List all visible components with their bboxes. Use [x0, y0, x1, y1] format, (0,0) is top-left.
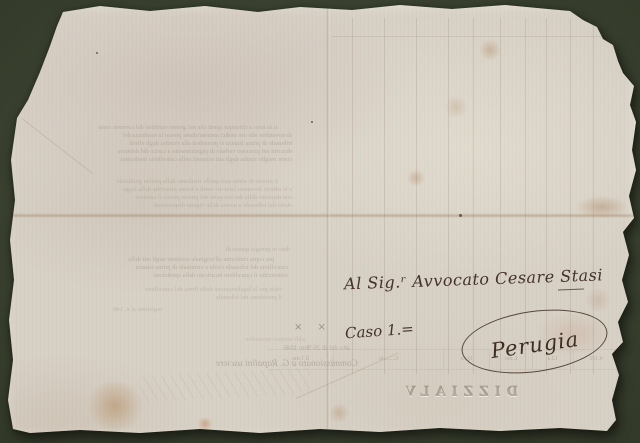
- showthrough-text-line: per copia conforme all'originale esisten…: [36, 256, 288, 264]
- showthrough-text-line: di novembre alle ore undici antimeridian…: [34, 132, 292, 140]
- showthrough-paragraph: il prezzo di stima sarà quello risultant…: [34, 178, 292, 210]
- showthrough-paragraph: addì ventisei novembre: [126, 336, 306, 344]
- pencil-x-marks: × ×: [294, 322, 332, 333]
- showthrough-text-line: come meglio risulta dagli atti esistenti…: [34, 156, 292, 164]
- showthrough-text-line: descritti nel processo verbale di pignor…: [34, 148, 292, 156]
- photo-stage: si fa noto a chiunque spetti che nel gio…: [0, 0, 640, 443]
- handwriting-flourish: [558, 289, 584, 291]
- showthrough-handwriting-strokes: [139, 368, 310, 403]
- showthrough-text-line: dato in perugia questo dì: [110, 246, 290, 254]
- stain: [584, 288, 612, 312]
- showthrough-paragraph: dato in perugia questo dì: [110, 246, 290, 254]
- showthrough-paragraph: si fa noto a chiunque spetti che nel gio…: [34, 124, 292, 164]
- showthrough-text-line: registrato al n. 148: [52, 306, 162, 314]
- showthrough-text-line: con deposito della decima parte del prez…: [34, 194, 292, 202]
- ink-speck: [311, 121, 313, 123]
- paper-shadow: si fa noto a chiunque spetti che nel gio…: [0, 0, 640, 443]
- showthrough-row-line: [332, 36, 620, 37]
- document-paper: si fa noto a chiunque spetti che nel gio…: [0, 0, 640, 443]
- showthrough-text-line: il presidente del tribunale: [42, 294, 282, 302]
- handwritten-city: Perugia: [489, 326, 580, 362]
- paper-texture: [0, 0, 640, 443]
- stain: [196, 418, 214, 430]
- showthrough-text-line: si fa noto a chiunque spetti che nel gio…: [34, 124, 292, 132]
- showthrough-text-line: tribunale di prima istanza si procederà …: [34, 140, 292, 148]
- showthrough-column-line: [448, 18, 449, 374]
- showthrough-column-line: [416, 18, 417, 374]
- showthrough-paragraph: visto per la legalizzazione della firma …: [42, 286, 282, 302]
- showthrough-column-line: [352, 18, 353, 374]
- showthrough-paragraph: per copia conforme all'originale esisten…: [36, 256, 288, 280]
- embossed-mirrored-text: DIZZIALV: [378, 385, 518, 400]
- showthrough-table-cell: Il 1.mo: [268, 350, 334, 369]
- showthrough-paragraph: registrato al n. 148: [52, 306, 162, 314]
- showthrough-text-line: visto per la legalizzazione della firma …: [42, 286, 282, 294]
- horizontal-fold-crease: [8, 213, 634, 218]
- showthrough-text-line: eletto dal tribunale a norma delle vigen…: [34, 202, 292, 210]
- stain: [328, 404, 350, 422]
- ink-speck: [459, 214, 462, 217]
- showthrough-text-line: sottoscritto il cancelliere incaricato d…: [36, 272, 288, 280]
- showthrough-text-line: addì ventisei novembre: [126, 336, 306, 344]
- showthrough-text-line: e le offerte dovranno farsi nei modi e f…: [34, 186, 292, 194]
- vertical-fold-crease: [326, 6, 330, 436]
- ink-speck: [96, 52, 98, 54]
- handwritten-note: Caso 1.=: [344, 320, 414, 343]
- stain: [84, 382, 146, 430]
- stain: [478, 40, 502, 60]
- stain: [443, 96, 469, 118]
- showthrough-text-line: il prezzo di stima sarà quello risultant…: [34, 178, 292, 186]
- showthrough-text-line: cancelleria del tribunale civile e crimi…: [36, 264, 288, 272]
- showthrough-table-cell: G.......io: [334, 350, 444, 369]
- handwritten-recipient: Al Sig.ʳ Avvocato Cesare Stasi: [344, 266, 595, 294]
- showthrough-column-line: [473, 18, 474, 374]
